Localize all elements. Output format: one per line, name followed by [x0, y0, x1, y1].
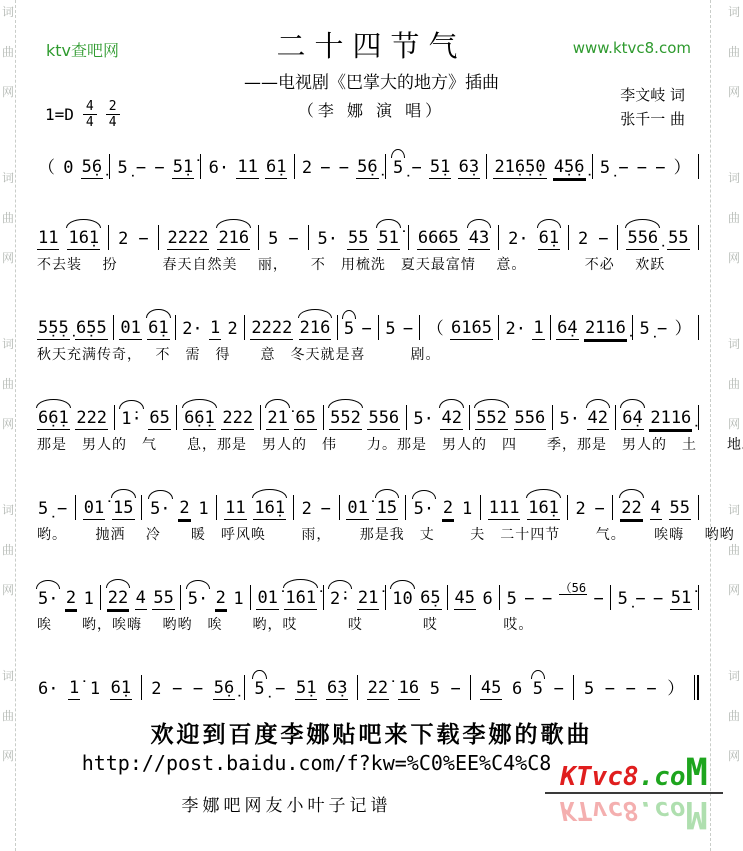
bar-line — [244, 315, 245, 340]
watermark-char: 网 — [728, 584, 740, 596]
lyrics-row: 那是 男人的 气 息，那是 男人的 伟 力。那是 男人的 四 季，那是 男人的 … — [37, 434, 699, 454]
note-token: 222 — [221, 408, 254, 430]
bar-line — [141, 495, 142, 520]
note-token: − — [410, 158, 422, 179]
note-token: − — [137, 229, 149, 250]
note-token: 42 — [587, 408, 609, 430]
bar-line — [216, 495, 217, 520]
score-line-4: 6̣6̣12221̇·656̣6̣122221̇655525565·425525… — [37, 382, 699, 472]
bar-line — [698, 225, 699, 250]
bar-line — [612, 495, 613, 520]
transcriber-credit: 李娜吧网友小叶子记谱 — [0, 791, 573, 816]
note-token: 6̣6̣1 — [37, 408, 70, 430]
note-token: 556̣ — [626, 228, 659, 250]
tieba-url-link[interactable]: http://post.baidu.com/f?kw=%C0%EE%C4%C8 — [0, 751, 633, 775]
score: （05̣6̣5̣−−5̣1̇6·1̇16̣12−−5̣6̣5̣−5̣16̣321… — [37, 131, 699, 742]
watermark-char: 曲 — [728, 378, 740, 390]
bar-line — [385, 154, 386, 179]
note-token: − — [634, 589, 646, 610]
note-token: 5· — [413, 499, 435, 520]
bar-line — [617, 225, 618, 250]
note-token: − — [654, 158, 666, 179]
time-signature-2: 2 4 — [106, 100, 120, 129]
score-line-3: 5̣5̣5̣6̣55016̣12·12222221̇65−5−（61̇652·1… — [37, 292, 699, 382]
bar-line — [632, 315, 633, 340]
note-token: 5̣ — [37, 499, 49, 520]
note-token: − — [656, 319, 668, 340]
logo-part: KTvc8 — [560, 795, 638, 825]
note-token: 5· — [558, 409, 580, 430]
logo-text: KTvc8.coM — [545, 758, 723, 792]
note-token: 0 — [62, 158, 74, 179]
watermark-column-left: 词曲网词曲网词曲网词曲网词曲网 — [2, 6, 14, 836]
note-token: 6̣5 — [419, 588, 441, 610]
note-token: 5 — [384, 319, 396, 340]
note-token: − — [171, 679, 183, 700]
note-token: 5̣ — [617, 589, 629, 610]
logo-part: M — [685, 793, 707, 836]
note-token: 2· — [505, 319, 527, 340]
note-token: 2116̣ — [584, 318, 627, 340]
watermark-column-right: 词曲网词曲网词曲网词曲网词曲网 — [728, 6, 740, 836]
note-token: − — [192, 679, 204, 700]
note-token: 51̇ — [670, 588, 692, 610]
score-line-6: 5·21224555·2101̇1̇61̇2̇·2̇1̇1̇06̣54565−−… — [37, 562, 699, 652]
logo-part: KTvc8 — [560, 762, 638, 792]
note-token: 2 — [178, 498, 190, 520]
bar-line — [498, 225, 499, 250]
note-token: （ — [426, 319, 445, 340]
note-token: 1 — [461, 499, 473, 520]
bar-line — [552, 405, 553, 430]
logo-part: .co — [639, 762, 686, 792]
note-token: 2222 — [250, 318, 293, 340]
note-token: − — [360, 319, 372, 340]
note-token: 1 — [232, 589, 244, 610]
bar-line — [141, 675, 142, 700]
note-token: − — [636, 158, 648, 179]
note-token: 2· — [507, 229, 529, 250]
note-token: − — [523, 589, 535, 610]
note-token: 1 — [197, 499, 209, 520]
note-token: 2 — [301, 499, 313, 520]
note-token: 5̣5̣5̣ — [37, 318, 70, 340]
note-token: 2 — [577, 229, 589, 250]
note-token: 16̣1 — [527, 498, 560, 520]
note-token: 5· — [317, 229, 339, 250]
watermark-char: 网 — [2, 252, 14, 264]
bar-line — [447, 585, 448, 610]
notes-row: （05̣6̣5̣−−5̣1̇6·1̇16̣12−−5̣6̣5̣−5̣16̣321… — [37, 131, 699, 179]
note-token: ） — [673, 158, 692, 179]
note-token: − — [402, 319, 414, 340]
site-link-right[interactable]: www.ktvc8.com — [573, 39, 691, 57]
watermark-char: 词 — [2, 670, 14, 682]
note-token: 5̣ — [392, 158, 404, 179]
note-token: 22̇ — [367, 678, 389, 700]
note-token: 2̇· — [329, 589, 351, 610]
time-sig-numerator: 4 — [83, 100, 97, 115]
bar-line — [550, 315, 551, 340]
note-token: 65 — [148, 408, 170, 430]
time-signature-1: 4 4 — [83, 100, 97, 129]
note-token: 4̣5̣6̣ — [553, 157, 586, 179]
note-token: 556 — [367, 408, 400, 430]
bar-line — [615, 405, 616, 430]
note-token: − — [617, 158, 629, 179]
note-token: 51̇ — [377, 228, 399, 250]
note-token: 1̇61̇ — [284, 588, 317, 610]
note-token: 2 — [65, 588, 77, 610]
note-token: 2222 — [167, 228, 210, 250]
notes-row: 5·21224555·2101̇1̇61̇2̇·2̇1̇1̇06̣54565−−… — [37, 562, 699, 610]
note-token: 5̣ — [253, 679, 265, 700]
watermark-char: 词 — [728, 338, 740, 350]
bar-line — [385, 585, 386, 610]
note-token: − — [153, 158, 165, 179]
bar-line — [405, 495, 406, 520]
bar-line — [592, 154, 593, 179]
note-token: 6 — [511, 679, 523, 700]
note-token: − — [652, 589, 664, 610]
watermark-char: 词 — [728, 6, 740, 18]
note-token: − — [593, 499, 605, 520]
bar-line — [419, 315, 420, 340]
note-token: 21̣6̣5̣0 — [493, 157, 546, 179]
bar-line — [250, 585, 251, 610]
note-token: 111 — [488, 498, 521, 520]
note-token: （ — [37, 158, 56, 179]
note-token: 2̇1̇ — [357, 588, 379, 610]
bar-line — [378, 315, 379, 340]
bar-line — [180, 585, 181, 610]
note-token: 1 — [532, 318, 544, 340]
bar-line — [698, 315, 699, 340]
note-token: 6̣3 — [458, 157, 480, 179]
note-token: 6̣4 — [621, 408, 643, 430]
watermark-char: 曲 — [728, 544, 740, 556]
bar-line — [573, 675, 574, 700]
note-token: 61̇65 — [450, 318, 493, 340]
note-token: − — [319, 158, 331, 179]
bar-line — [113, 315, 114, 340]
lyrics-row: 哟。 抛洒 冷 暖 呼风唤 雨， 那是我 丈 夫 二十四节 气。 唉嗨 哟哟 — [37, 524, 699, 544]
bar-line — [260, 405, 261, 430]
time-sig-denominator: 4 — [86, 115, 94, 129]
note-token: ） — [666, 679, 685, 700]
note-token: 1̇ — [68, 678, 80, 700]
watermark-char: 词 — [2, 6, 14, 18]
bar-line — [308, 225, 309, 250]
note-token: 6· — [208, 158, 230, 179]
bar-line — [108, 225, 109, 250]
note-token: 01̇ — [256, 588, 278, 610]
note-token: 1 — [89, 679, 101, 700]
note-token: 4 — [135, 588, 147, 610]
bar-line — [357, 675, 358, 700]
bar-line — [698, 405, 699, 430]
bar-line — [486, 154, 487, 179]
bar-line — [480, 495, 481, 520]
key-label: 1=D — [45, 105, 74, 124]
note-token: 5̣1 — [429, 157, 451, 179]
note-token: 21̇6 — [299, 318, 332, 340]
bar-line — [698, 154, 699, 179]
note-token: − — [541, 589, 553, 610]
watermark-char: 词 — [728, 670, 740, 682]
ktvc8-logo[interactable]: KTvc8.coM KTvc8.coM — [545, 758, 723, 829]
watermark-char: 网 — [728, 418, 740, 430]
note-token: − — [597, 229, 609, 250]
note-token: 5· — [412, 409, 434, 430]
note-token: 5̣6̣ — [81, 157, 103, 179]
bar-line — [158, 225, 159, 250]
logo-part: M — [685, 751, 707, 794]
note-token: （56 — [559, 582, 587, 595]
note-token: − — [553, 679, 565, 700]
note-token: − — [135, 158, 147, 179]
note-token: 6̣4 — [556, 318, 578, 340]
note-token: 1 — [209, 318, 221, 340]
bar-line — [498, 315, 499, 340]
note-token: − — [604, 679, 616, 700]
note-token: − — [645, 679, 657, 700]
bar-line — [469, 405, 470, 430]
bar-line — [114, 405, 115, 430]
logo-part: .co — [639, 795, 686, 825]
note-token: 6̣1 — [538, 228, 560, 250]
bar-line — [568, 225, 569, 250]
watermark-char: 曲 — [2, 378, 14, 390]
note-token: 22 — [620, 498, 642, 520]
lyrics-row: 唉 哟，唉嗨 哟哟 唉 哟，哎 哎 哎 哎。 — [37, 614, 699, 634]
note-token: 55 — [669, 498, 691, 520]
note-token: 5̣6̣ — [356, 157, 378, 179]
bar-line — [323, 405, 324, 430]
note-token: 1̇0 — [391, 589, 413, 610]
composer-credit: 张千一 曲 — [620, 107, 685, 131]
bar-line — [200, 154, 201, 179]
note-token: − — [320, 499, 332, 520]
note-token: 5 — [506, 589, 518, 610]
bar-line — [408, 225, 409, 250]
note-token: 5· — [187, 589, 209, 610]
note-token: 6̣3 — [326, 678, 348, 700]
note-token: 1̇1 — [236, 157, 258, 179]
bar-line — [294, 154, 295, 179]
note-token: 6̣1 — [110, 678, 132, 700]
notes-row: 6·1̇16̣12−−5̣6̣5̣−5̣16̣322̇1̇65−4565−5−−… — [37, 652, 699, 700]
note-token: 6665 — [417, 228, 460, 250]
note-token: 5̣6̣ — [213, 678, 235, 700]
note-token: 01̇ — [83, 498, 105, 520]
watermark-char: 曲 — [2, 212, 14, 224]
note-token: 5 — [583, 679, 595, 700]
note-token: 5̣ — [599, 158, 611, 179]
note-token: 21̇ — [266, 408, 288, 430]
bar-line — [293, 495, 294, 520]
note-token: 6̣6̣1 — [183, 408, 216, 430]
note-token: 16̣1 — [253, 498, 286, 520]
bar-line — [406, 405, 407, 430]
time-sig-numerator: 2 — [106, 100, 120, 115]
credits: 李文岐 词 张千一 曲 — [620, 83, 685, 131]
note-token: − — [625, 679, 637, 700]
bar-line — [339, 495, 340, 520]
note-token: 2 — [442, 498, 454, 520]
note-token: 5· — [37, 589, 59, 610]
lyricist-credit: 李文岐 词 — [620, 83, 685, 107]
note-token: 1̇5 — [376, 498, 398, 520]
score-line-2: 1116̣12−222221̇65−5·5551̇6665432·6̣12−55… — [37, 202, 699, 292]
watermark-char: 网 — [2, 418, 14, 430]
note-token: 55 — [347, 228, 369, 250]
note-token: 6̣1 — [265, 157, 287, 179]
note-token: 45 — [454, 588, 476, 610]
bar-line — [109, 154, 110, 179]
note-token: 45 — [480, 678, 502, 700]
note-token: − — [450, 679, 462, 700]
note-token: − — [338, 158, 350, 179]
note-token: 22 — [107, 588, 129, 610]
note-token: 222 — [75, 408, 108, 430]
note-token: 5 — [532, 679, 544, 700]
watermark-char: 网 — [728, 750, 740, 762]
bar-line — [176, 405, 177, 430]
bar-line — [698, 495, 699, 520]
note-token: 55 — [667, 228, 689, 250]
note-token: 5̣ — [116, 158, 128, 179]
bar-line — [698, 585, 699, 610]
note-token: 21̇6 — [217, 228, 250, 250]
note-token: 01̇ — [346, 498, 368, 520]
note-token: 2 — [117, 229, 129, 250]
time-sig-denominator: 4 — [109, 115, 117, 129]
bar-line — [470, 675, 471, 700]
note-token: 5̣ — [639, 319, 651, 340]
note-token: 2 — [301, 158, 313, 179]
logo-reflection: KTvc8.coM — [545, 795, 723, 829]
note-token: 6· — [37, 679, 59, 700]
lyrics-row: 秋天充满传奇， 不 需 得 意 冬天就是喜 剧。 — [37, 344, 699, 364]
promo-text: 欢迎到百度李娜贴吧来下载李娜的歌曲 — [0, 716, 743, 749]
watermark-char: 词 — [728, 172, 740, 184]
note-token: 5 — [267, 229, 279, 250]
note-token: 11 — [37, 228, 59, 250]
note-token: 6̣1 — [147, 318, 169, 340]
bar-line — [175, 315, 176, 340]
score-line-5: 5̣−01̇1̇55·211116̣12−01̇1̇55·2111116̣12−… — [37, 472, 699, 562]
note-token: − — [287, 229, 299, 250]
note-token: 6̣55 — [75, 318, 108, 340]
bar-line — [610, 585, 611, 610]
note-token: 5 — [343, 319, 355, 340]
note-token: 1̇· — [120, 409, 142, 430]
watermark-char: 网 — [2, 584, 14, 596]
note-token: 4 — [650, 498, 662, 520]
watermark-char: 词 — [728, 504, 740, 516]
note-token: 65 — [294, 408, 316, 430]
note-token: 6 — [481, 589, 493, 610]
watermark-char: 曲 — [728, 212, 740, 224]
bar-line — [75, 495, 76, 520]
key-signature: 1=D 4 4 2 4 — [45, 100, 120, 129]
lyrics-row: 不去装 扮 春天自然美 丽， 不 用梳洗 夏天最富情 意。 不必 欢跃 — [37, 254, 699, 274]
note-token: 5 — [429, 679, 441, 700]
watermark-char: 网 — [728, 252, 740, 264]
note-token: 1̇5 — [112, 498, 134, 520]
bar-line — [258, 225, 259, 250]
note-token: 1̇6 — [398, 678, 420, 700]
note-token: 5· — [149, 499, 171, 520]
note-token: 5̣1 — [295, 678, 317, 700]
note-token: 556 — [514, 408, 547, 430]
note-token: 2 — [574, 499, 586, 520]
notes-row: 6̣6̣12221̇·656̣6̣122221̇655525565·425525… — [37, 382, 699, 430]
note-token: 2 — [215, 588, 227, 610]
note-token: 11 — [224, 498, 246, 520]
note-token: 5̣1̇ — [172, 157, 194, 179]
note-token: 2116̣ — [649, 408, 692, 430]
note-token: 552 — [329, 408, 362, 430]
note-token: 2 — [227, 319, 239, 340]
sheet-music-page: 词曲网词曲网词曲网词曲网词曲网 词曲网词曲网词曲网词曲网词曲网 ktv查吧网 二… — [0, 0, 743, 851]
note-token: 01 — [119, 318, 141, 340]
note-token: 2· — [181, 319, 203, 340]
bar-line — [323, 585, 324, 610]
note-token: − — [593, 589, 605, 610]
watermark-char: 词 — [2, 172, 14, 184]
bar-line — [567, 495, 568, 520]
note-token: 2 — [150, 679, 162, 700]
watermark-char: 词 — [2, 504, 14, 516]
notes-row: 5̣−01̇1̇55·211116̣12−01̇1̇55·2111116̣12−… — [37, 472, 699, 520]
bar-line — [337, 315, 338, 340]
note-token: 1 — [83, 589, 95, 610]
note-token: 42 — [440, 408, 462, 430]
notes-row: 1116̣12−222221̇65−5·5551̇6665432·6̣12−55… — [37, 202, 699, 250]
note-token: 552 — [475, 408, 508, 430]
note-token: ） — [674, 319, 693, 340]
note-token: 55 — [152, 588, 174, 610]
bar-line — [244, 675, 245, 700]
note-token: − — [274, 679, 286, 700]
note-token: 16̣1 — [67, 228, 100, 250]
note-token: − — [56, 499, 68, 520]
final-bar-line — [694, 675, 699, 700]
bar-line — [499, 585, 500, 610]
notes-row: 5̣5̣5̣6̣55016̣12·12222221̇65−5−（61̇652·1… — [37, 292, 699, 340]
watermark-char: 词 — [2, 338, 14, 350]
score-line-1: （05̣6̣5̣−−5̣1̇6·1̇16̣12−−5̣6̣5̣−5̣16̣321… — [37, 131, 699, 202]
note-token: 43 — [468, 228, 490, 250]
bar-line — [100, 585, 101, 610]
watermark-char: 曲 — [2, 544, 14, 556]
